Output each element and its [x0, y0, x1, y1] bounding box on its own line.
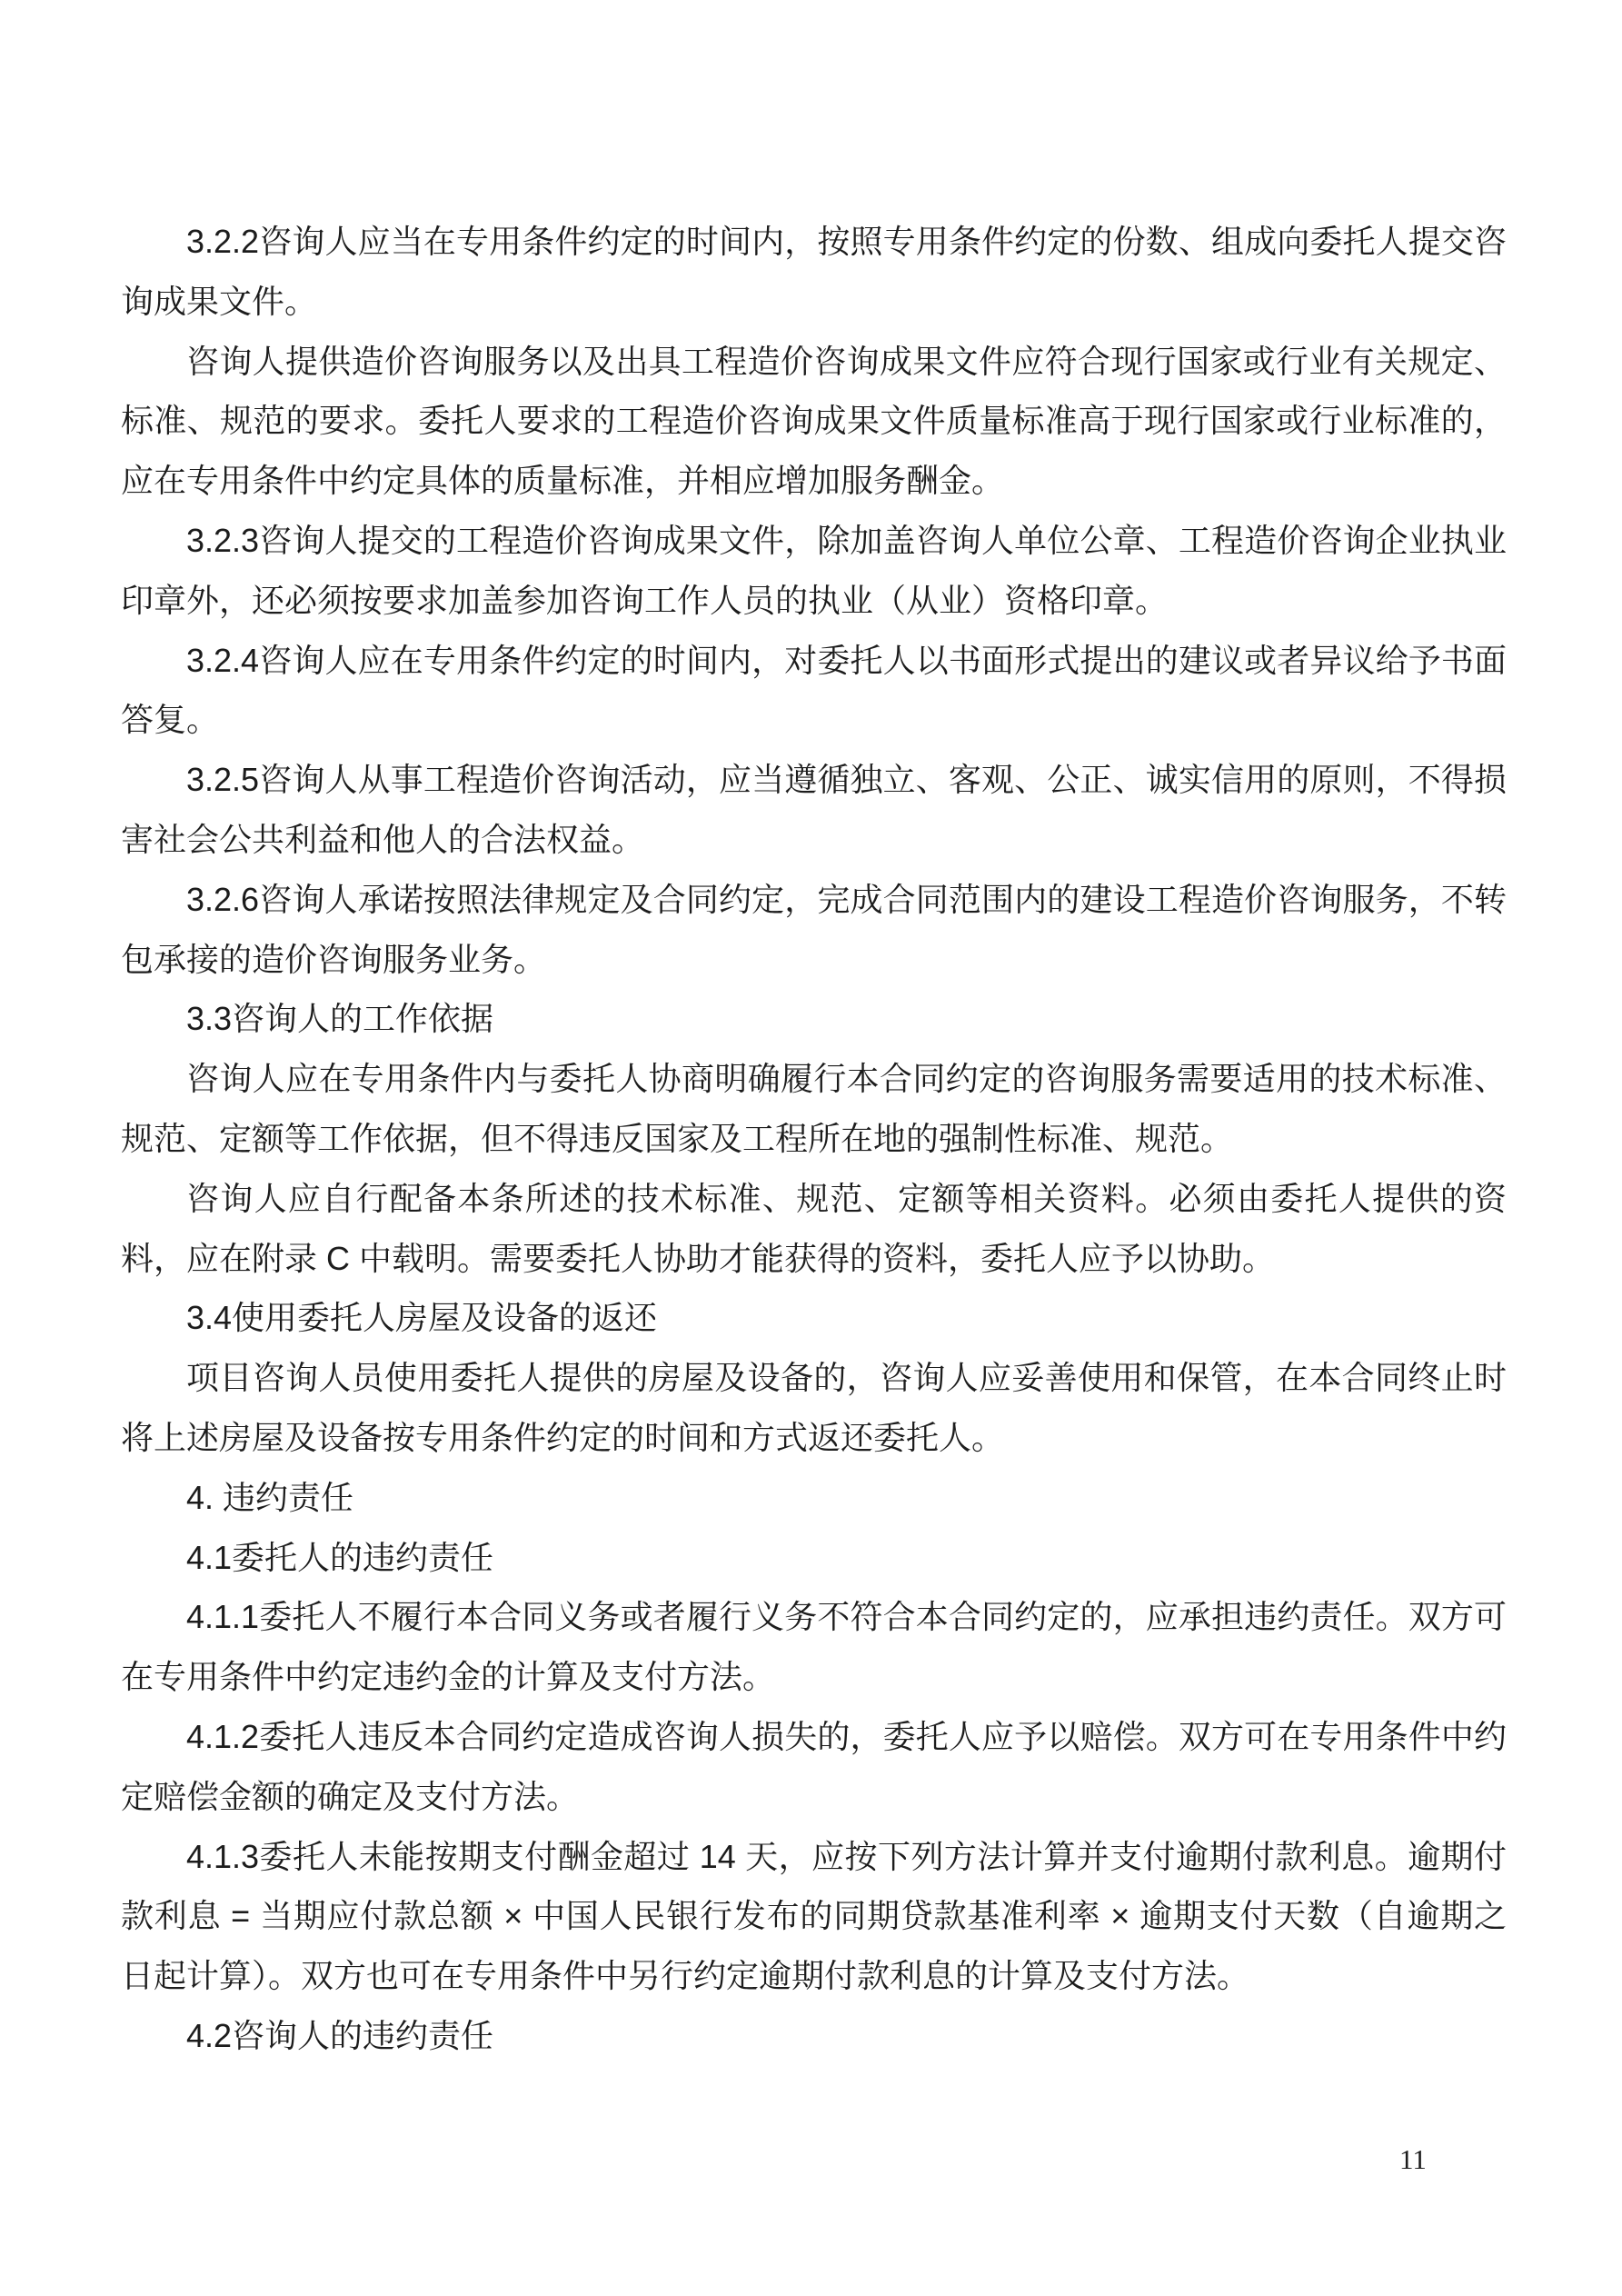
paragraph-work-basis-2: 咨询人应自行配备本条所述的技术标准、规范、定额等相关资料。必须由委托人提供的资料…	[121, 1169, 1507, 1289]
heading-3-4: 3.4使用委托人房屋及设备的返还	[121, 1288, 1507, 1348]
heading-4-1: 4.1委托人的违约责任	[121, 1528, 1507, 1588]
paragraph-4-1-2: 4.1.2委托人违反本合同约定造成咨询人损失的，委托人应予以赔偿。双方可在专用条…	[121, 1707, 1507, 1827]
paragraph-4-1-1: 4.1.1委托人不履行本合同义务或者履行义务不符合本合同约定的，应承担违约责任。…	[121, 1587, 1507, 1707]
paragraph-3-2-4: 3.2.4咨询人应在专用条件约定的时间内，对委托人以书面形式提出的建议或者异议给…	[121, 631, 1507, 751]
paragraph-4-1-3: 4.1.3委托人未能按期支付酬金超过 14 天，应按下列方法计算并支付逾期付款利…	[121, 1827, 1507, 2006]
document-body: 3.2.2咨询人应当在专用条件约定的时间内，按照专用条件约定的份数、组成向委托人…	[121, 212, 1507, 2066]
paragraph-work-basis-1: 咨询人应在专用条件内与委托人协商明确履行本合同约定的咨询服务需要适用的技术标准、…	[121, 1049, 1507, 1169]
paragraph-3-2-2: 3.2.2咨询人应当在专用条件约定的时间内，按照专用条件约定的份数、组成向委托人…	[121, 212, 1507, 332]
document-page: 3.2.2咨询人应当在专用条件约定的时间内，按照专用条件约定的份数、组成向委托人…	[0, 0, 1622, 2296]
heading-4: 4. 违约责任	[121, 1468, 1507, 1528]
paragraph-quality-requirements: 咨询人提供造价咨询服务以及出具工程造价咨询成果文件应符合现行国家或行业有关规定、…	[121, 332, 1507, 511]
paragraph-3-2-6: 3.2.6咨询人承诺按照法律规定及合同约定，完成合同范围内的建设工程造价咨询服务…	[121, 870, 1507, 990]
paragraph-3-2-3: 3.2.3咨询人提交的工程造价咨询成果文件，除加盖咨询人单位公章、工程造价咨询企…	[121, 511, 1507, 631]
page-number: 11	[1399, 2143, 1427, 2176]
heading-4-2: 4.2咨询人的违约责任	[121, 2006, 1507, 2066]
paragraph-equipment-return: 项目咨询人员使用委托人提供的房屋及设备的，咨询人应妥善使用和保管，在本合同终止时…	[121, 1348, 1507, 1468]
heading-3-3: 3.3咨询人的工作依据	[121, 989, 1507, 1049]
paragraph-3-2-5: 3.2.5咨询人从事工程造价咨询活动，应当遵循独立、客观、公正、诚实信用的原则，…	[121, 750, 1507, 870]
